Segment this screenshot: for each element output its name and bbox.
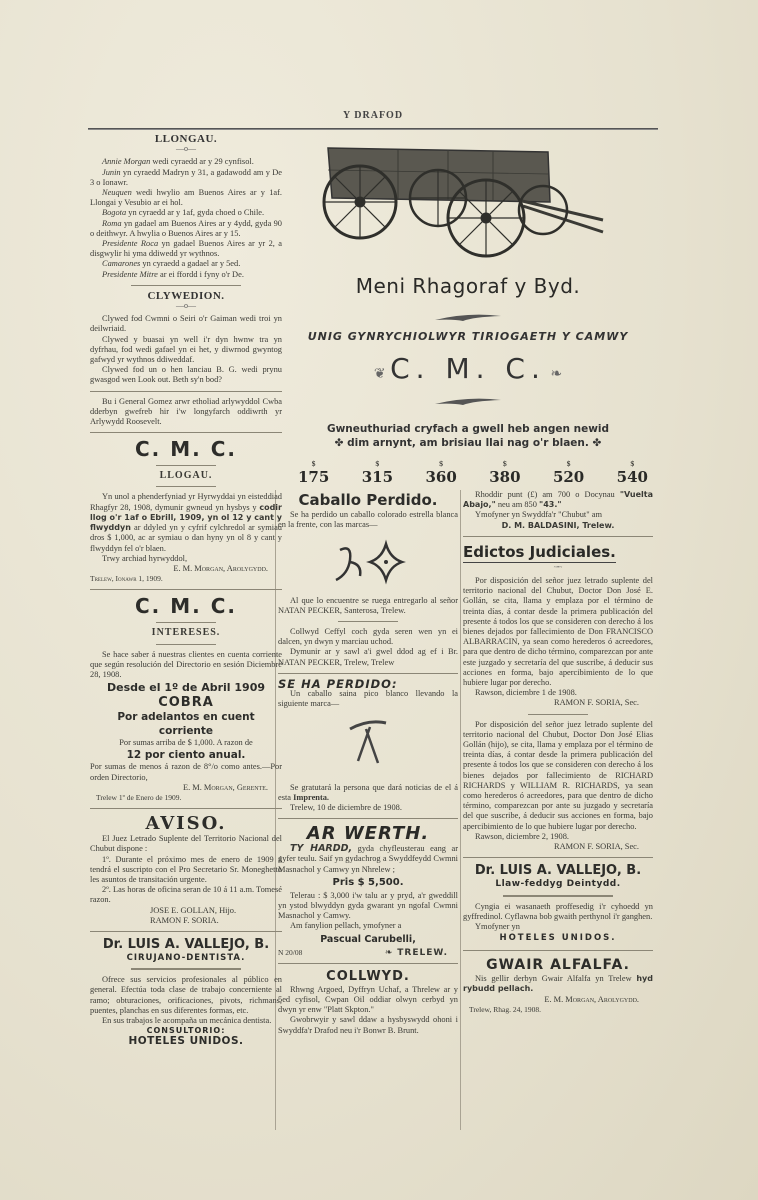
ship-item: Camarones yn cyraedd a gadael ar y 5ed. bbox=[90, 259, 282, 269]
divider bbox=[156, 465, 216, 466]
swash-ornament bbox=[433, 398, 503, 406]
ad-subhead: UNIG GYNRYCHIOLWYR TIRIOGAETH Y CAMWY bbox=[278, 330, 658, 343]
aviso-p2: 2º. Las horas de oficina seran de 10 á 1… bbox=[90, 885, 282, 905]
intereses-menos: Por sumas de menos á razon de 8°/o como … bbox=[90, 762, 282, 782]
fleuron-icon: ✤ bbox=[589, 437, 601, 449]
ornament: —o— bbox=[90, 301, 282, 311]
cmc-brand: C. M. C. bbox=[90, 438, 282, 460]
divider bbox=[156, 644, 216, 645]
vallejo-body-2: En sus trabajos le acompaña un mecánica … bbox=[90, 1016, 282, 1026]
intereses-heading: INTERESES. bbox=[90, 628, 282, 638]
intereses-dateline: Trelew 1º de Enero de 1909. bbox=[90, 793, 282, 803]
divider bbox=[90, 432, 282, 433]
tobacco-signature: D. M. BALDASINI, Trelew. bbox=[463, 521, 653, 531]
wagon-illustration bbox=[318, 140, 608, 260]
llogau-heading: LLOGAU. bbox=[90, 471, 282, 481]
edicto-1-signature: RAMON F. SORIA, Sec. bbox=[463, 698, 653, 708]
ship-item: Roma yn gadael am Buenos Aires ar y 4ydd… bbox=[90, 219, 282, 239]
ad-brand: ❦ C. M. C. ❧ bbox=[278, 352, 658, 385]
rumour-item: Clywed y buasai yn well i'r dyn hwnw tra… bbox=[90, 335, 282, 366]
llogau-dateline: Trelew, Ionawr 1, 1909. bbox=[90, 574, 282, 584]
ar-werth-heading: AR WERTH. bbox=[278, 824, 458, 844]
divider bbox=[528, 714, 588, 715]
newspaper-page: Y DRAFOD LLONGAU. —o— Annie Morgan wedi … bbox=[88, 110, 658, 1130]
masthead-title: Y DRAFOD bbox=[88, 110, 658, 121]
divider bbox=[131, 285, 241, 286]
vallejo-body: Ofrece sus servicios profesionales al pú… bbox=[90, 975, 282, 1016]
intereses-date: Desde el 1º de Abril 1909 bbox=[90, 680, 282, 695]
left-column: LLONGAU. —o— Annie Morgan wedi cyraedd a… bbox=[90, 132, 282, 1047]
brand-mark-icon bbox=[278, 709, 458, 779]
divider bbox=[278, 818, 458, 819]
aviso-signature-1: JOSE E. GOLLAN, Hijo. bbox=[90, 906, 282, 916]
intereses-signature: E. M. Morgan, Gerente. bbox=[90, 783, 282, 793]
price-item: $315 bbox=[362, 460, 393, 486]
llogau-closing: Trwy archiad hyrwyddol, bbox=[90, 554, 282, 564]
divider bbox=[90, 391, 282, 392]
ar-werth-price: Pris $ 5,500. bbox=[278, 875, 458, 891]
intereses-adelantos: Por adelantos en cuent corriente bbox=[90, 710, 282, 738]
divider bbox=[90, 931, 282, 932]
ar-werth-body: TY HARDD, gyda chyfleusterau eang ar gyf… bbox=[278, 844, 458, 875]
divider bbox=[503, 895, 613, 897]
intereses-sumas: Por sumas arriba de $ 1,000. A razon de bbox=[90, 738, 282, 748]
scroll-ornament-right-icon: ❧ bbox=[546, 366, 562, 382]
vallejo-cy-inquire: Ymofyner yn bbox=[463, 922, 653, 932]
caballo-welsh-2: Dymunir ar y sawl a'i gwel ddod ag ef i … bbox=[278, 647, 458, 667]
edicto-1: Por disposición del señor juez letrado s… bbox=[463, 576, 653, 688]
se-ha-perdido-heading: SE HA PERDIDO: bbox=[278, 679, 458, 689]
divider bbox=[338, 621, 398, 622]
ship-item: Presidente Mitre ar ei ffordd i fyny o'r… bbox=[90, 270, 282, 280]
ship-item: Presidente Roca yn gadael Buenos Aires a… bbox=[90, 239, 282, 259]
llongau-heading: LLONGAU. bbox=[90, 134, 282, 144]
vallejo-cy-subtitle: Llaw-feddyg Deintydd. bbox=[463, 879, 653, 889]
price-item: $175 bbox=[298, 460, 329, 486]
vallejo-cy-body: Cyngia ei wasanaeth proffesedig i'r cyho… bbox=[463, 902, 653, 922]
ship-item: Annie Morgan wedi cyraedd ar y 29 cynfis… bbox=[90, 157, 282, 167]
divider bbox=[278, 963, 458, 964]
edicto-1-date: Rawson, diciembre 1 de 1908. bbox=[463, 688, 653, 698]
edicto-2-date: Rawson, diciembre 2, 1908. bbox=[463, 832, 653, 842]
ad-tagline: Gwneuthuriad cryfach a gwell heb angen n… bbox=[278, 422, 658, 450]
caballo-contact: Al que lo encuentre se ruega entregarlo … bbox=[278, 596, 458, 616]
caballo-heading: Caballo Perdido. bbox=[278, 490, 458, 510]
clywedion-list: Clywed fod Cwmni o Seiri o'r Gaiman wedi… bbox=[90, 314, 282, 385]
divider bbox=[278, 673, 458, 674]
llogau-signature: E. M. Morgan, Arolygydd. bbox=[90, 564, 282, 574]
ar-werth-contact: Am fanylion pellach, ymofyner a bbox=[278, 921, 458, 931]
caballo-body: Se ha perdido un caballo colorado estrel… bbox=[278, 510, 458, 530]
divider bbox=[90, 589, 282, 590]
rumour-item: Clywed fod un o hen lanciau B. G. wedi p… bbox=[90, 365, 282, 385]
swash-ornament bbox=[433, 314, 503, 322]
rumour-item: Clywed fod Cwmni o Seiri o'r Gaiman wedi… bbox=[90, 314, 282, 334]
clywedion-heading: CLYWEDION. bbox=[90, 291, 282, 301]
vallejo-heading: Dr. LUIS A. VALLEJO, B. bbox=[90, 937, 282, 953]
price-item: $540 bbox=[617, 460, 648, 486]
ornament: ~•~ bbox=[463, 563, 653, 573]
aviso-p1: 1º. Durante el próximo mes de enero de 1… bbox=[90, 855, 282, 886]
tobacco-offer: Rhoddir punt (£) am 700 o Docynau "Vuelt… bbox=[463, 490, 653, 510]
divider bbox=[131, 968, 241, 970]
aviso-intro: El Juez Letrado Suplente del Territorio … bbox=[90, 834, 282, 854]
se-ha-perdido-dateline: Trelew, 10 de diciembre de 1908. bbox=[278, 803, 458, 813]
aviso-signature-2: RAMON F. SORIA. bbox=[90, 916, 282, 926]
edictos-heading: Edictos Judiciales. bbox=[463, 542, 616, 563]
intereses-rate: 12 por ciento anual. bbox=[90, 748, 282, 762]
divider bbox=[463, 536, 653, 537]
caballo-welsh-1: Collwyd Ceffyl coch gyda seren wen yn ei… bbox=[278, 627, 458, 647]
collwyd-reward: Gwobrwyir y sawl ddaw a hysbyswydd ohoni… bbox=[278, 1015, 458, 1035]
ar-werth-footer: N 20/08 ❧ TRELEW. bbox=[278, 948, 458, 958]
ship-item: Neuquen wedi hwylio am Buenos Aires ar y… bbox=[90, 188, 282, 208]
se-ha-perdido-body: Un caballo saina pico blanco llevando la… bbox=[278, 689, 458, 709]
gwair-heading: GWAIR ALFALFA. bbox=[463, 956, 653, 974]
ar-werth-terms: Telerau : $ 3,000 i'w talu ar y pryd, a'… bbox=[278, 891, 458, 922]
ornament: —o— bbox=[90, 144, 282, 154]
scroll-ornament-left-icon: ❦ bbox=[374, 366, 390, 382]
roosevelt-note: Bu i General Gomez arwr etholiad arlywyd… bbox=[90, 397, 282, 428]
divider bbox=[463, 857, 653, 858]
llogau-body: Yn unol a phenderfyniad yr Hyrwyddai yn … bbox=[90, 492, 282, 553]
se-ha-perdido-reward: Se gratutará la persona que dará noticia… bbox=[278, 783, 458, 803]
column-divider bbox=[460, 490, 461, 1130]
edicto-2: Por disposición del señor juez letrado s… bbox=[463, 720, 653, 832]
llongau-list: Annie Morgan wedi cyraedd ar y 29 cynfis… bbox=[90, 157, 282, 279]
ar-werth-ref: N 20/08 bbox=[278, 948, 302, 958]
ship-item: Bogota yn cyraedd ar y 1af, gyda choed o… bbox=[90, 208, 282, 218]
tobacco-inquire: Ymofyner yn Swyddfa'r "Chubut" am bbox=[463, 510, 653, 520]
vallejo-cy-address: HOTELES UNIDOS. bbox=[463, 932, 653, 945]
divider bbox=[156, 486, 216, 487]
price-item: $520 bbox=[553, 460, 584, 486]
fleuron-icon: ❧ bbox=[385, 948, 397, 958]
edicto-2-signature: RAMON F. SORIA, Sec. bbox=[463, 842, 653, 852]
price-item: $380 bbox=[489, 460, 520, 486]
vallejo-cy-heading: Dr. LUIS A. VALLEJO, B. bbox=[463, 863, 653, 879]
gwair-signature: E. M. Morgan, Arolygydd. bbox=[463, 995, 653, 1005]
cmc-brand: C. M. C. bbox=[90, 595, 282, 617]
ship-item: Junin yn cyraedd Madryn y 31, a gadawodd… bbox=[90, 168, 282, 188]
vallejo-subtitle: CIRUJANO-DENTISTA. bbox=[90, 953, 282, 963]
middle-column: Caballo Perdido. Se ha perdido un caball… bbox=[278, 490, 458, 1036]
collwyd-body: Rhwng Argoed, Dyffryn Uchaf, a Threlew a… bbox=[278, 985, 458, 1016]
divider bbox=[463, 950, 653, 951]
gwair-dateline: Trelew, Rhag. 24, 1908. bbox=[463, 1005, 653, 1015]
brand-mark-icon bbox=[278, 530, 458, 592]
collwyd-heading: COLLWYD. bbox=[278, 969, 458, 985]
ad-headline: Meni Rhagoraf y Byd. bbox=[278, 274, 658, 298]
intereses-cobra: COBRA bbox=[90, 695, 282, 710]
ar-werth-name: Pascual Carubelli, bbox=[278, 932, 458, 948]
wagon-advertisement: Meni Rhagoraf y Byd. UNIG GYNRYCHIOLWYR … bbox=[278, 132, 658, 487]
price-list: $175 $315 $360 $380 $520 $540 bbox=[298, 460, 648, 486]
divider bbox=[90, 808, 282, 809]
price-item: $360 bbox=[425, 460, 456, 486]
masthead-rule bbox=[88, 128, 658, 130]
consultorio-address: HOTELES UNIDOS. bbox=[90, 1036, 282, 1046]
intereses-body: Se hace saber á nuestras clientes en cue… bbox=[90, 650, 282, 681]
fleuron-icon: ✤ bbox=[335, 437, 347, 449]
gwair-body: Nis gellir derbyn Gwair Alfalfa yn Trele… bbox=[463, 974, 653, 994]
aviso-heading: AVISO. bbox=[90, 814, 282, 834]
right-column: Rhoddir punt (£) am 700 o Docynau "Vuelt… bbox=[463, 490, 653, 1015]
divider bbox=[156, 622, 216, 623]
